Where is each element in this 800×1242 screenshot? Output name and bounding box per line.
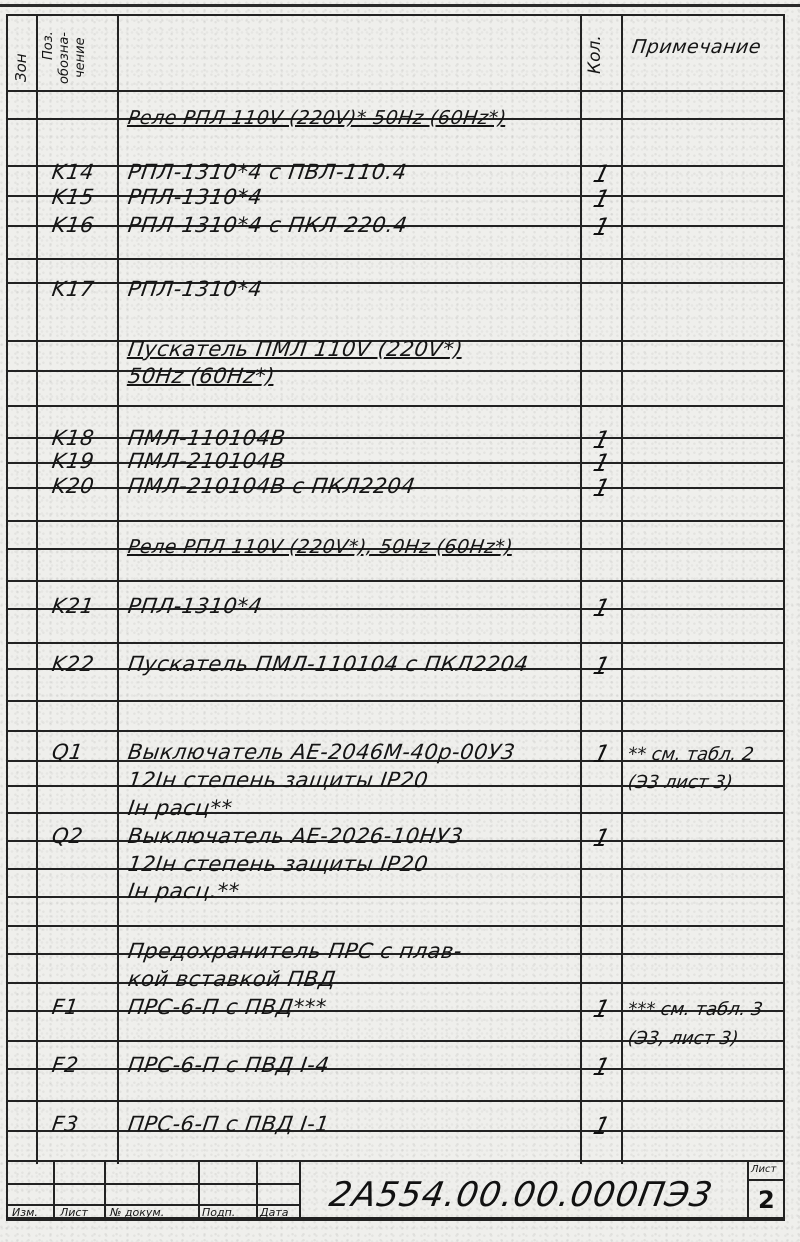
title-label-date: Дата: [260, 1206, 288, 1219]
row-rule: [6, 195, 785, 197]
header-pos-line1: Поз.: [42, 31, 55, 60]
row-position: Q2: [51, 826, 85, 847]
row-name: Пускатель ПМЛ 110V (220V*): [127, 339, 465, 360]
top-border-line: [0, 4, 800, 7]
title-block-sheet-rule: [747, 1179, 785, 1181]
row-name: 50Hz (60Hz*): [127, 366, 277, 387]
row-name: 12Iн степень защиты IР20: [127, 770, 430, 791]
row-name: РПЛ-1310*4: [127, 279, 264, 300]
row-rule: [6, 405, 785, 407]
row-rule: [6, 462, 785, 464]
row-name: Реле РПЛ 110V (220V)* 50Hz (60Hz*): [127, 109, 508, 128]
title-block-col3: [198, 1160, 200, 1220]
row-name: ПРС-6-П с ПВД I-1: [127, 1114, 331, 1135]
header-qty: Кол.: [587, 35, 604, 74]
row-position: K21: [51, 596, 96, 617]
title-block-top: [6, 1160, 785, 1162]
row-position: K20: [51, 476, 96, 497]
row-position: F3: [51, 1114, 80, 1135]
row-position: K14: [51, 162, 96, 183]
row-note: ** см. табл. 2: [627, 744, 756, 765]
column-divider-zone: [36, 14, 38, 1164]
row-rule: [6, 258, 785, 260]
row-name: РПЛ-1310*4 с ПВЛ-110.4: [127, 162, 409, 183]
row-rule: [6, 1100, 785, 1102]
row-rule: [6, 282, 785, 284]
row-rule: [6, 700, 785, 702]
row-rule: [6, 896, 785, 898]
row-position: K17: [51, 279, 96, 300]
header-pos-line3: чение: [74, 37, 87, 78]
title-label-sign: Подп.: [202, 1206, 235, 1219]
row-name: ПРС-6-П с ПВД I-4: [127, 1055, 331, 1076]
row-position: K22: [51, 654, 96, 675]
column-divider-pos: [117, 14, 119, 1164]
scanned-sheet: Зон Поз. обозна- чение Кол. Примечание Р…: [0, 0, 800, 1242]
row-rule: [6, 730, 785, 732]
row-position: K18: [51, 428, 96, 449]
column-divider-note: [621, 14, 623, 1164]
row-rule: [6, 812, 785, 814]
row-position: F2: [51, 1055, 80, 1076]
row-rule: [6, 925, 785, 927]
row-rule: [6, 580, 785, 582]
row-name: Выключатель АЕ-2026-10НУ3: [127, 826, 465, 847]
header-zone: Зон: [14, 53, 29, 82]
row-position: K16: [51, 215, 96, 236]
title-block-sheet-divider: [747, 1160, 749, 1220]
row-name: Пускатель ПМЛ-110104 с ПКЛ2204: [127, 654, 530, 675]
row-position: K15: [51, 187, 96, 208]
row-name: РПЛ-1310*4: [127, 596, 264, 617]
document-number: 2А554.00.00.000ПЭ3: [326, 1175, 716, 1215]
row-position: Q1: [51, 742, 85, 763]
header-note: Примечание: [631, 38, 763, 57]
row-rule: [6, 642, 785, 644]
title-label-list: Лист: [60, 1206, 88, 1219]
row-rule: [6, 437, 785, 439]
row-position: K19: [51, 451, 96, 472]
row-note: (Э3 лист 3): [627, 772, 734, 793]
row-rule: [6, 1130, 785, 1132]
column-divider-qty: [580, 14, 582, 1164]
title-block-col4: [256, 1160, 258, 1220]
row-name: Реле РПЛ 110V (220V*), 50Hz (60Hz*): [127, 538, 514, 557]
row-rule: [6, 982, 785, 984]
row-rule: [6, 608, 785, 610]
row-rule: [6, 1068, 785, 1070]
row-rule: [6, 370, 785, 372]
row-name: Выключатель АЕ-2046М-40р-00У3: [127, 742, 517, 763]
row-name: Iн расц.**: [127, 881, 241, 902]
row-name: 12Iн степень защиты IР20: [127, 854, 430, 875]
row-name: РПЛ-1310*4 с ПКЛ-220.4: [127, 215, 409, 236]
header-rule: [6, 90, 785, 92]
row-note: *** см. табл. 3: [627, 999, 765, 1020]
row-name: ПМЛ-110104В: [127, 428, 287, 449]
row-position: F1: [51, 997, 80, 1018]
row-name: Iн расц**: [127, 798, 234, 819]
row-name: ПРС-6-П с ПВД***: [127, 997, 328, 1018]
title-block-col5: [299, 1160, 301, 1220]
sheet-number: 2: [758, 1186, 775, 1214]
title-block-col2: [104, 1160, 106, 1220]
row-name: РПЛ-1310*4: [127, 187, 264, 208]
title-label-docnum: № докум.: [110, 1206, 164, 1219]
title-label-izm: Изм.: [12, 1206, 38, 1219]
row-rule: [6, 520, 785, 522]
header-pos-line2: обозна-: [58, 32, 71, 84]
row-name: кой вставкой ПВД: [127, 969, 338, 990]
row-name: ПМЛ-210104В: [127, 451, 287, 472]
title-block-bottom: [6, 1219, 785, 1221]
sheet-label: Лист: [751, 1164, 776, 1175]
title-block-col1: [53, 1160, 55, 1220]
row-name: ПМЛ-210104В с ПКЛ2204: [127, 476, 417, 497]
row-name: Предохранитель ПРС с плав-: [127, 941, 464, 962]
row-note: (Э3, лист 3): [627, 1028, 740, 1049]
